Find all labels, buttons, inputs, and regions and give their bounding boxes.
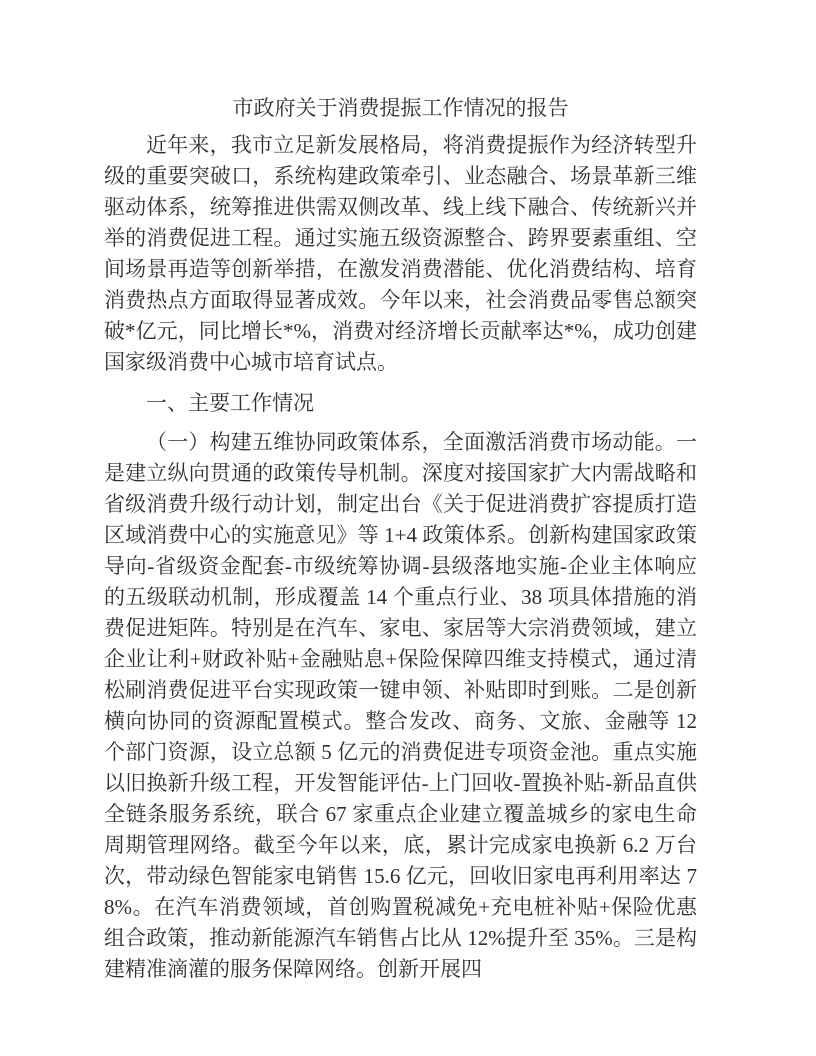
paragraph-intro: 近年来，我市立足新发展格局，将消费提振作为经济转型升级的重要突破口，系统构建政策… (104, 130, 697, 378)
paragraph-section-one: （一）构建五维协同政策体系，全面激活消费市场动能。一是建立纵向贯通的政策传导机制… (104, 427, 697, 985)
section-heading-main-work: 一、主要工作情况 (104, 388, 697, 419)
document-page: 市政府关于消费提振工作情况的报告 近年来，我市立足新发展格局，将消费提振作为经济… (0, 0, 816, 1056)
document-title: 市政府关于消费提振工作情况的报告 (104, 93, 697, 124)
